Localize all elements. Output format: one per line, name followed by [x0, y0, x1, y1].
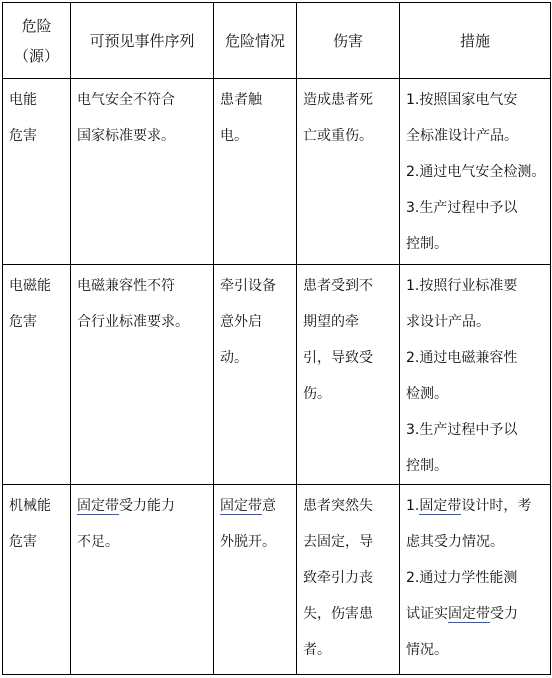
cell-line: 危害	[9, 524, 64, 560]
cell-line: 患者触	[220, 82, 290, 118]
cell-text: 设计时，考	[461, 498, 531, 514]
cell-hazard: 电能 危害	[3, 79, 71, 265]
cell-line: 外脱开。	[220, 524, 290, 560]
table-row: 机械能 危害 固定带受力能力 不足。 固定带意 外脱开。 患者突然失 去固定，导…	[3, 485, 551, 675]
cell-hazard: 机械能 危害	[3, 485, 71, 675]
header-situation: 危险情况	[214, 3, 297, 79]
cell-text: 受力能力	[119, 498, 175, 514]
cell-line: 伤。	[303, 376, 393, 412]
cell-sequence: 固定带受力能力 不足。	[71, 485, 214, 675]
cell-line: 不足。	[77, 524, 207, 560]
cell-line: 求设计产品。	[406, 304, 544, 340]
cell-line: 2.通过电气安全检测。	[406, 154, 544, 190]
cell-line: 虑其受力情况。	[406, 524, 544, 560]
header-measures: 措施	[400, 3, 551, 79]
spellcheck-underlined-term: 固定带	[77, 498, 119, 515]
cell-situation: 牵引设备 意外启 动。	[214, 265, 297, 485]
cell-line: 牵引设备	[220, 268, 290, 304]
cell-sequence: 电磁兼容性不符 合行业标准要求。	[71, 265, 214, 485]
cell-line: 固定带受力能力	[77, 488, 207, 524]
cell-line: 控制。	[406, 448, 544, 484]
cell-line: 3.生产过程中予以	[406, 412, 544, 448]
cell-line: 试证实固定带受力	[406, 596, 544, 632]
header-sequence: 可预见事件序列	[71, 3, 214, 79]
cell-line: 全标准设计产品。	[406, 118, 544, 154]
cell-line: 1.按照行业标准要	[406, 268, 544, 304]
cell-line: 合行业标准要求。	[77, 304, 207, 340]
cell-measures: 1.按照国家电气安 全标准设计产品。 2.通过电气安全检测。 3.生产过程中予以…	[400, 79, 551, 265]
cell-line: 控制。	[406, 226, 544, 262]
cell-line: 电气安全不符合	[77, 82, 207, 118]
cell-line: 电能	[9, 82, 64, 118]
cell-text: 受力	[490, 606, 518, 622]
cell-line: 动。	[220, 340, 290, 376]
cell-measures: 1.按照行业标准要 求设计产品。 2.通过电磁兼容性 检测。 3.生产过程中予以…	[400, 265, 551, 485]
cell-line: 危害	[9, 118, 64, 154]
cell-line: 国家标准要求。	[77, 118, 207, 154]
cell-line: 危害	[9, 304, 64, 340]
cell-situation: 患者触 电。	[214, 79, 297, 265]
cell-line: 患者突然失	[303, 488, 393, 524]
header-hazard-line: （源）	[3, 41, 70, 71]
cell-text: 1.	[406, 498, 419, 514]
cell-hazard: 电磁能 危害	[3, 265, 71, 485]
cell-line: 期望的牵	[303, 304, 393, 340]
header-row: 危险 （源） 可预见事件序列 危险情况 伤害 措施	[3, 3, 551, 79]
spellcheck-underlined-term: 固定带	[220, 498, 262, 515]
cell-harm: 患者受到不 期望的牵 引，导致受 伤。	[297, 265, 400, 485]
cell-line: 检测。	[406, 376, 544, 412]
cell-line: 电磁能	[9, 268, 64, 304]
table-row: 电磁能 危害 电磁兼容性不符 合行业标准要求。 牵引设备 意外启 动。 患者受到…	[3, 265, 551, 485]
cell-line: 2.通过电磁兼容性	[406, 340, 544, 376]
header-hazard-line: 危险	[3, 11, 70, 41]
cell-line: 情况。	[406, 632, 544, 668]
cell-line: 引，导致受	[303, 340, 393, 376]
cell-line: 失，伤害患	[303, 596, 393, 632]
cell-line: 机械能	[9, 488, 64, 524]
cell-line: 1.固定带设计时，考	[406, 488, 544, 524]
cell-line: 电磁兼容性不符	[77, 268, 207, 304]
cell-line: 造成患者死	[303, 82, 393, 118]
cell-line: 电。	[220, 118, 290, 154]
cell-text: 试证实	[406, 606, 448, 622]
cell-line: 1.按照国家电气安	[406, 82, 544, 118]
cell-harm: 患者突然失 去固定，导 致牵引力丧 失，伤害患 者。	[297, 485, 400, 675]
cell-line: 亡或重伤。	[303, 118, 393, 154]
cell-situation: 固定带意 外脱开。	[214, 485, 297, 675]
cell-line: 者。	[303, 632, 393, 668]
cell-line: 去固定，导	[303, 524, 393, 560]
risk-analysis-table: 危险 （源） 可预见事件序列 危险情况 伤害 措施 电能 危害 电气安全不符合 …	[2, 2, 551, 675]
cell-line: 意外启	[220, 304, 290, 340]
cell-line: 固定带意	[220, 488, 290, 524]
cell-line: 患者受到不	[303, 268, 393, 304]
header-harm: 伤害	[297, 3, 400, 79]
cell-harm: 造成患者死 亡或重伤。	[297, 79, 400, 265]
cell-line: 2.通过力学性能测	[406, 560, 544, 596]
cell-measures: 1.固定带设计时，考 虑其受力情况。 2.通过力学性能测 试证实固定带受力 情况…	[400, 485, 551, 675]
header-hazard: 危险 （源）	[3, 3, 71, 79]
cell-line: 3.生产过程中予以	[406, 190, 544, 226]
spellcheck-underlined-term: 固定带	[419, 498, 461, 515]
cell-line: 致牵引力丧	[303, 560, 393, 596]
cell-sequence: 电气安全不符合 国家标准要求。	[71, 79, 214, 265]
table-row: 电能 危害 电气安全不符合 国家标准要求。 患者触 电。 造成患者死 亡或重伤。…	[3, 79, 551, 265]
spellcheck-underlined-term: 固定带	[448, 606, 490, 623]
cell-text: 意	[262, 498, 276, 514]
